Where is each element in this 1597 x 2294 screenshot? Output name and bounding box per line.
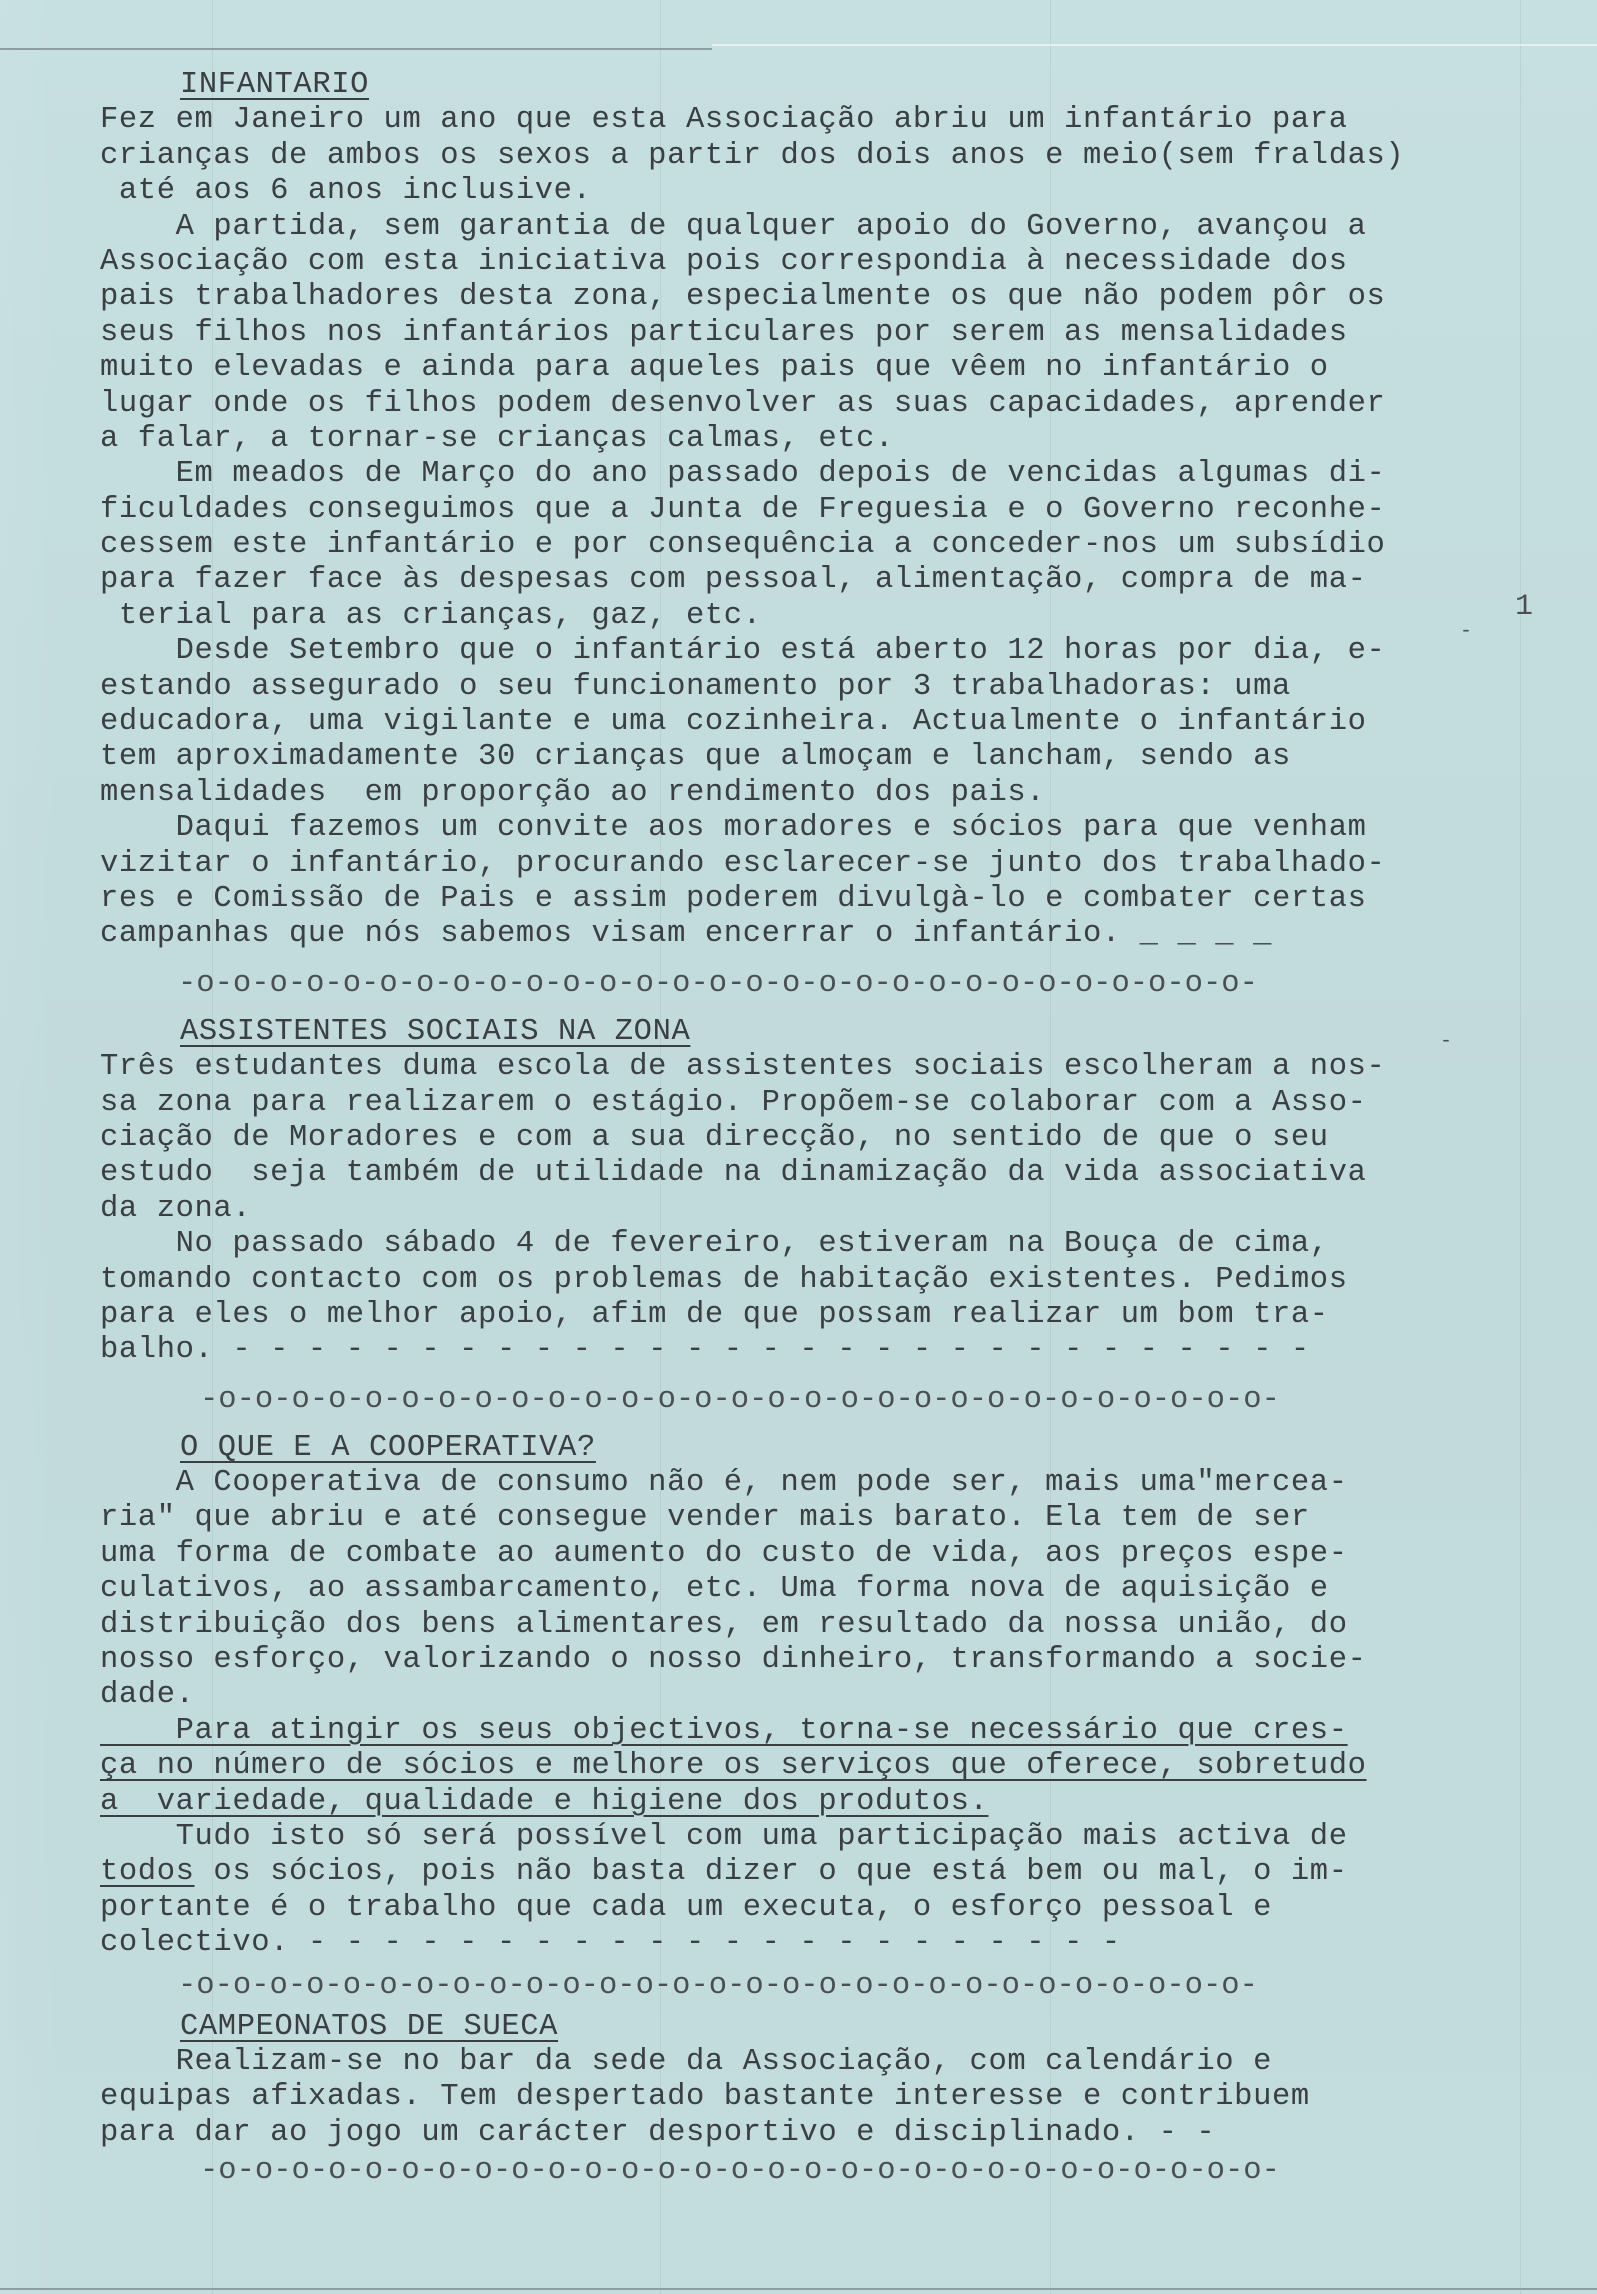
section-heading: ASSISTENTES SOCIAIS NA ZONA (100, 1015, 690, 1050)
section-cooperativa: O QUE E A COOPERATIVA? A Cooperativa de … (100, 1431, 1480, 1962)
paper-fold-line (1520, 0, 1521, 2294)
text-line: cessem este infantário e por consequênci… (100, 528, 1480, 563)
text-line: crianças de ambos os sexos a partir dos … (100, 139, 1480, 174)
text-line: terial para as crianças, gaz, etc. (100, 599, 1480, 634)
text-line: res e Comissão de Pais e assim poderem d… (100, 882, 1480, 917)
text-line: nosso esforço, valorizando o nosso dinhe… (100, 1643, 1480, 1678)
text-line: colectivo. - - - - - - - - - - - - - - -… (100, 1926, 1480, 1961)
section-heading: CAMPEONATOS DE SUECA (100, 2010, 558, 2045)
text-line: lugar onde os filhos podem desenvolver a… (100, 387, 1480, 422)
top-paper-edge-light (712, 44, 1597, 46)
text-line: educadora, uma vigilante e uma cozinheir… (100, 705, 1480, 740)
section-infantario: INFANTARIO Fez em Janeiro um ano que est… (100, 68, 1480, 953)
text-line: para fazer face às despesas com pessoal,… (100, 563, 1480, 598)
bottom-paper-edge (0, 2288, 1597, 2290)
text-line: tomando contacto com os problemas de hab… (100, 1263, 1480, 1298)
text-line: No passado sábado 4 de fevereiro, estive… (100, 1227, 1480, 1262)
section-separator: -o-o-o-o-o-o-o-o-o-o-o-o-o-o-o-o-o-o-o-o… (100, 1383, 1280, 1417)
text-line: A partida, sem garantia de qualquer apoi… (100, 210, 1480, 245)
underlined-word: todos (100, 1855, 195, 1889)
text-line: Associação com esta iniciativa pois corr… (100, 245, 1480, 280)
text-line: equipas afixadas. Tem despertado bastant… (100, 2080, 1480, 2115)
text-line: da zona. (100, 1192, 1480, 1227)
text-line: para dar ao jogo um carácter desportivo … (100, 2116, 1480, 2151)
text-line: até aos 6 anos inclusive. (100, 174, 1480, 209)
top-paper-edge (0, 48, 712, 50)
text-line: Em meados de Março do ano passado depois… (100, 457, 1480, 492)
typed-document: INFANTARIO Fez em Janeiro um ano que est… (100, 68, 1480, 2191)
text-line: Tudo isto só será possível com uma parti… (100, 1820, 1480, 1855)
text-line: portante é o trabalho que cada um execut… (100, 1891, 1480, 1926)
text-line: Desde Setembro que o infantário está abe… (100, 634, 1480, 669)
text-line: Daqui fazemos um convite aos moradores e… (100, 811, 1480, 846)
text-line: a falar, a tornar-se crianças calmas, et… (100, 422, 1480, 457)
section-heading: O QUE E A COOPERATIVA? (100, 1431, 596, 1466)
text-line: Realizam-se no bar da sede da Associação… (100, 2045, 1480, 2080)
text-line: para eles o melhor apoio, afim de que po… (100, 1298, 1480, 1333)
text-fragment: os sócios, pois não basta dizer o que es… (195, 1855, 1348, 1889)
text-line: estudo seja também de utilidade na dinam… (100, 1156, 1480, 1191)
section-separator: -o-o-o-o-o-o-o-o-o-o-o-o-o-o-o-o-o-o-o-o… (100, 1969, 1258, 2003)
text-line: vizitar o infantário, procurando esclare… (100, 847, 1480, 882)
page-number-mark: 1 (1515, 590, 1533, 624)
section-assistentes-sociais: ASSISTENTES SOCIAIS NA ZONA Três estudan… (100, 1015, 1480, 1369)
underlined-text-line: ça no número de sócios e melhore os serv… (100, 1749, 1367, 1783)
text-line: tem aproximadamente 30 crianças que almo… (100, 740, 1480, 775)
text-line: Três estudantes duma escola de assistent… (100, 1050, 1480, 1085)
section-heading: INFANTARIO (100, 68, 369, 103)
text-line: balho. - - - - - - - - - - - - - - - - -… (100, 1333, 1480, 1368)
text-line: ria" que abriu e até consegue vender mai… (100, 1501, 1480, 1536)
text-line: ficuldades conseguimos que a Junta de Fr… (100, 493, 1480, 528)
text-line: uma forma de combate ao aumento do custo… (100, 1537, 1480, 1572)
text-line: dade. (100, 1678, 1480, 1713)
text-line: estando assegurado o seu funcionamento p… (100, 670, 1480, 705)
text-line: ciação de Moradores e com a sua direcção… (100, 1121, 1480, 1156)
section-campeonatos-sueca: CAMPEONATOS DE SUECA Realizam-se no bar … (100, 2010, 1480, 2152)
underlined-text-line: Para atingir os seus objectivos, torna-s… (100, 1714, 1348, 1748)
text-line: distribuição dos bens alimentares, em re… (100, 1608, 1480, 1643)
text-line: Fez em Janeiro um ano que esta Associaçã… (100, 103, 1480, 138)
section-separator: -o-o-o-o-o-o-o-o-o-o-o-o-o-o-o-o-o-o-o-o… (100, 967, 1258, 1001)
section-separator: -o-o-o-o-o-o-o-o-o-o-o-o-o-o-o-o-o-o-o-o… (100, 2154, 1280, 2188)
text-line: muito elevadas e ainda para aqueles pais… (100, 351, 1480, 386)
text-line: pais trabalhadores desta zona, especialm… (100, 280, 1480, 315)
underlined-text-line: a variedade, qualidade e higiene dos pro… (100, 1785, 988, 1819)
text-line: A Cooperativa de consumo não é, nem pode… (100, 1466, 1480, 1501)
text-line: mensalidades em proporção ao rendimento … (100, 776, 1480, 811)
text-line: culativos, ao assambarcamento, etc. Uma … (100, 1572, 1480, 1607)
text-line: campanhas que nós sabemos visam encerrar… (100, 917, 1480, 952)
text-line: sa zona para realizarem o estágio. Propõ… (100, 1086, 1480, 1121)
text-line: seus filhos nos infantários particulares… (100, 316, 1480, 351)
